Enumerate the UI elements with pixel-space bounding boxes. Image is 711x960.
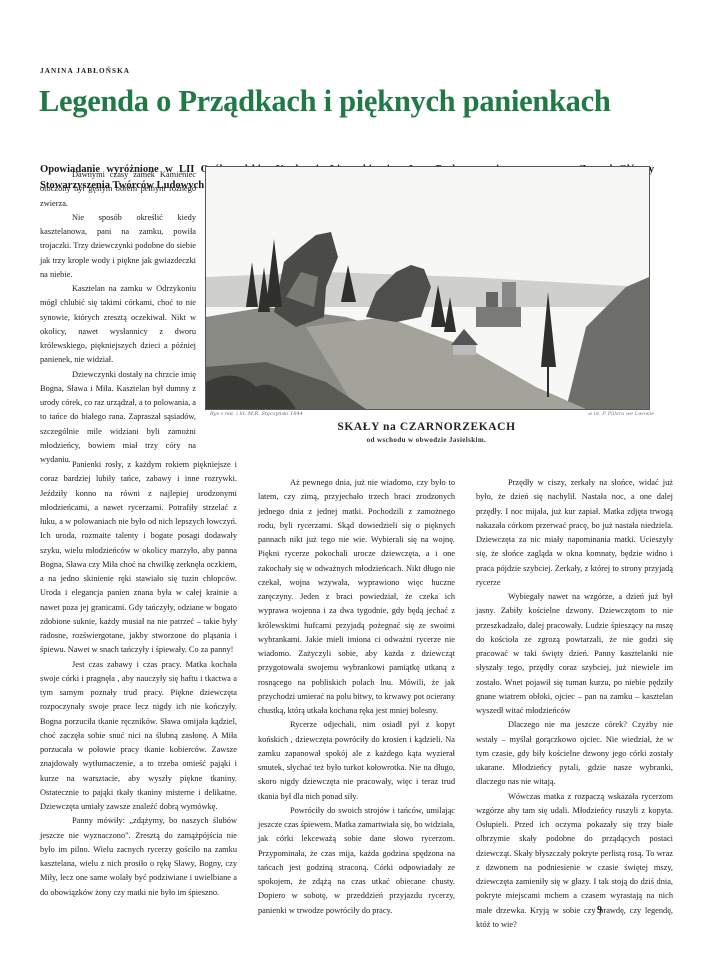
paragraph: Panny mówiły: „zdążymy, bo naszych ślubó… — [40, 814, 237, 900]
paragraph: Jest czas zabawy i czas pracy. Matka koc… — [40, 658, 237, 815]
paragraph: Dlaczego nie ma jeszcze córek? Czyżby ni… — [476, 718, 673, 789]
paragraph: Wówczas matka z rozpaczą wskazała rycerz… — [476, 790, 673, 933]
paragraph: Dawnymi czasy zamek Kamieniec otoczony b… — [40, 168, 196, 211]
column-3: Przędły w ciszy, zerkały na słońce, wida… — [476, 476, 673, 932]
paragraph: Powróciły do swoich strojów i tańców, um… — [258, 804, 455, 918]
paragraph: Panienki rosły, z każdym rokiem piękniej… — [40, 458, 237, 658]
illustration-caption: SKAŁY na CZARNORZEKACH od wschodu w obwo… — [205, 421, 648, 444]
paragraph: Dziewczynki dostały na chrzcie imię Bogn… — [40, 368, 196, 468]
paragraph: Kasztelan na zamku w Odrzykoniu mógł chl… — [40, 282, 196, 368]
column-1-wide: Panienki rosły, z każdym rokiem piękniej… — [40, 458, 237, 900]
column-2: Aż pewnego dnia, już nie wiadomo, czy by… — [258, 476, 455, 918]
paragraph: Przędły w ciszy, zerkały na słońce, wida… — [476, 476, 673, 590]
paragraph: Wybiegały nawet na wzgórze, a dzień już … — [476, 590, 673, 718]
article-title: Legenda o Prządkach i pięknych panienkac… — [39, 84, 611, 119]
caption-title: SKAŁY na CZARNORZEKACH — [205, 421, 648, 433]
illustration-credit-right: w lit. P. Pillera we Lwowie — [588, 411, 654, 417]
landscape-illustration — [206, 167, 649, 409]
caption-subtitle: od wschodu w obwodzie Jasielskim. — [205, 436, 648, 444]
paragraph: Nie sposób określić kiedy kasztelanowa, … — [40, 211, 196, 282]
paragraph: Aż pewnego dnia, już nie wiadomo, czy by… — [258, 476, 455, 718]
paragraph: Rycerze odjechali, nim osiadł pył z kopy… — [258, 718, 455, 804]
illustration-credit-left: Rys z nat. i lit. M.R. Stęczyński 1844 — [210, 411, 303, 417]
column-1-narrow: Dawnymi czasy zamek Kamieniec otoczony b… — [40, 168, 196, 467]
illustration-lithograph — [205, 166, 650, 410]
author-name: JANINA JABŁOŃSKA — [40, 67, 130, 75]
page-number: 9 — [597, 905, 602, 916]
